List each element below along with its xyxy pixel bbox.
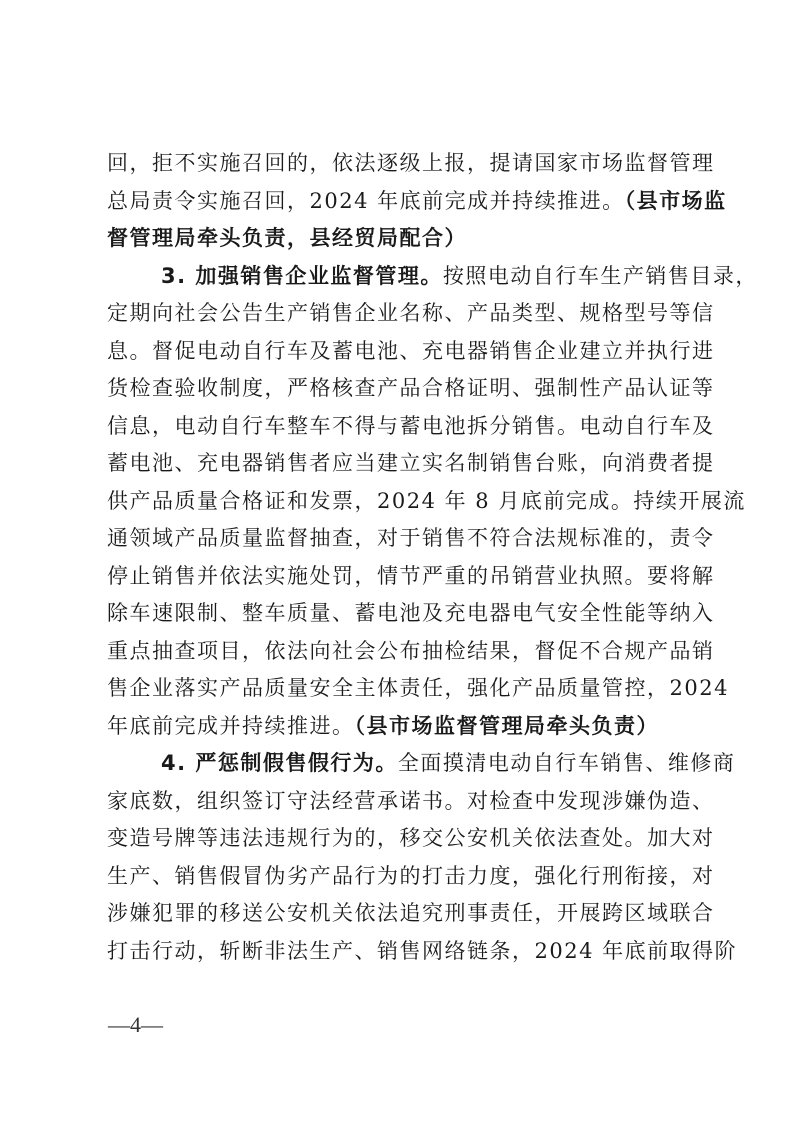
paragraph-item-4: 4. 严惩制假售假行为。全面摸清电动自行车销售、维修商 家底数，组织签订守法经营… bbox=[107, 745, 683, 970]
text-run: 全面摸清电动自行车销售、维修商 bbox=[398, 751, 736, 775]
text-line: 涉嫌犯罪的移送公安机关依法追究刑事责任，开展跨区域联合 bbox=[107, 895, 683, 933]
text-run: 按照电动自行车生产销售目录， bbox=[443, 264, 758, 288]
text-run: 回，拒不实施召回的，依法逐级上报，提请国家市场监督管理 bbox=[107, 151, 715, 175]
text-run: 年底前完成并持续推进。 bbox=[107, 714, 355, 738]
text-line: 督管理局牵头负责，县经贸局配合） bbox=[107, 220, 683, 258]
text-run: 变造号牌等违法违规行为的，移交公安机关依法查处。加大对 bbox=[107, 826, 715, 850]
text-line: 总局责令实施召回，2024 年底前完成并持续推进。（县市场监 bbox=[107, 183, 683, 221]
text-line: 3. 加强销售企业监督管理。按照电动自行车生产销售目录， bbox=[107, 258, 683, 296]
text-line: 通领域产品质量监督抽查，对于销售不符合法规标准的，责令 bbox=[107, 520, 683, 558]
paragraph-continued: 回，拒不实施召回的，依法逐级上报，提请国家市场监督管理 总局责令实施召回，202… bbox=[107, 145, 683, 258]
document-body: 回，拒不实施召回的，依法逐级上报，提请国家市场监督管理 总局责令实施召回，202… bbox=[107, 145, 683, 970]
text-run: 重点抽查项目，依法向社会公布抽检结果，督促不合规产品销 bbox=[107, 639, 715, 663]
text-line: 定期向社会公告生产销售企业名称、产品类型、规格型号等信 bbox=[107, 295, 683, 333]
text-line: 蓄电池、充电器销售者应当建立实名制销售台账，向消费者提 bbox=[107, 445, 683, 483]
text-run: 货检查验收制度，严格核查产品合格证明、强制性产品认证等 bbox=[107, 376, 715, 400]
text-line: 回，拒不实施召回的，依法逐级上报，提请国家市场监督管理 bbox=[107, 145, 683, 183]
text-line: 停止销售并依法实施处罚，情节严重的吊销营业执照。要将解 bbox=[107, 558, 683, 596]
text-line: 4. 严惩制假售假行为。全面摸清电动自行车销售、维修商 bbox=[107, 745, 683, 783]
text-line: 供产品质量合格证和发票，2024 年 8 月底前完成。持续开展流 bbox=[107, 483, 683, 521]
text-line: 家底数，组织签订守法经营承诺书。对检查中发现涉嫌伪造、 bbox=[107, 783, 683, 821]
text-run: 打击行动，斩断非法生产、销售网络链条，2024 年底前取得阶 bbox=[107, 939, 737, 963]
text-run: 总局责令实施召回，2024 年底前完成并持续推进。 bbox=[107, 189, 625, 213]
text-run: 通领域产品质量监督抽查，对于销售不符合法规标准的，责令 bbox=[107, 526, 715, 550]
text-line: 生产、销售假冒伪劣产品行为的打击力度，强化行刑衔接，对 bbox=[107, 858, 683, 896]
item-heading: 3. 加强销售企业监督管理。 bbox=[161, 264, 443, 288]
text-line: 信息，电动自行车整车不得与蓄电池拆分销售。电动自行车及 bbox=[107, 408, 683, 446]
text-run: 息。督促电动自行车及蓄电池、充电器销售企业建立并执行进 bbox=[107, 339, 715, 363]
text-line: 年底前完成并持续推进。（县市场监督管理局牵头负责） bbox=[107, 708, 683, 746]
text-run: 蓄电池、充电器销售者应当建立实名制销售台账，向消费者提 bbox=[107, 451, 715, 475]
page-number: —4— bbox=[108, 1012, 163, 1038]
text-line: 息。督促电动自行车及蓄电池、充电器销售企业建立并执行进 bbox=[107, 333, 683, 371]
text-run: 生产、销售假冒伪劣产品行为的打击力度，强化行刑衔接，对 bbox=[107, 864, 715, 888]
text-run: 信息，电动自行车整车不得与蓄电池拆分销售。电动自行车及 bbox=[107, 414, 715, 438]
text-line: 变造号牌等违法违规行为的，移交公安机关依法查处。加大对 bbox=[107, 820, 683, 858]
text-run: 除车速限制、整车质量、蓄电池及充电器电气安全性能等纳入 bbox=[107, 601, 715, 625]
text-run: 停止销售并依法实施处罚，情节严重的吊销营业执照。要将解 bbox=[107, 564, 715, 588]
text-line: 重点抽查项目，依法向社会公布抽检结果，督促不合规产品销 bbox=[107, 633, 683, 671]
text-run: 家底数，组织签订守法经营承诺书。对检查中发现涉嫌伪造、 bbox=[107, 789, 715, 813]
item-heading: 4. 严惩制假售假行为。 bbox=[161, 751, 398, 775]
text-line: 货检查验收制度，严格核查产品合格证明、强制性产品认证等 bbox=[107, 370, 683, 408]
text-run: 定期向社会公告生产销售企业名称、产品类型、规格型号等信 bbox=[107, 301, 715, 325]
paragraph-item-3: 3. 加强销售企业监督管理。按照电动自行车生产销售目录， 定期向社会公告生产销售… bbox=[107, 258, 683, 746]
text-line: 售企业落实产品质量安全主体责任，强化产品质量管控，2024 bbox=[107, 670, 683, 708]
text-run: 售企业落实产品质量安全主体责任，强化产品质量管控，2024 bbox=[107, 676, 729, 700]
text-line: 除车速限制、整车质量、蓄电池及充电器电气安全性能等纳入 bbox=[107, 595, 683, 633]
text-run: 涉嫌犯罪的移送公安机关依法追究刑事责任，开展跨区域联合 bbox=[107, 901, 715, 925]
responsible-party-text: （县市场监 bbox=[625, 189, 727, 213]
responsible-party-text: （县市场监督管理局牵头负责） bbox=[355, 714, 660, 738]
text-run: 供产品质量合格证和发票，2024 年 8 月底前完成。持续开展流 bbox=[107, 489, 746, 513]
text-line: 打击行动，斩断非法生产、销售网络链条，2024 年底前取得阶 bbox=[107, 933, 683, 971]
responsible-party-text: 督管理局牵头负责，县经贸局配合） bbox=[107, 226, 467, 250]
